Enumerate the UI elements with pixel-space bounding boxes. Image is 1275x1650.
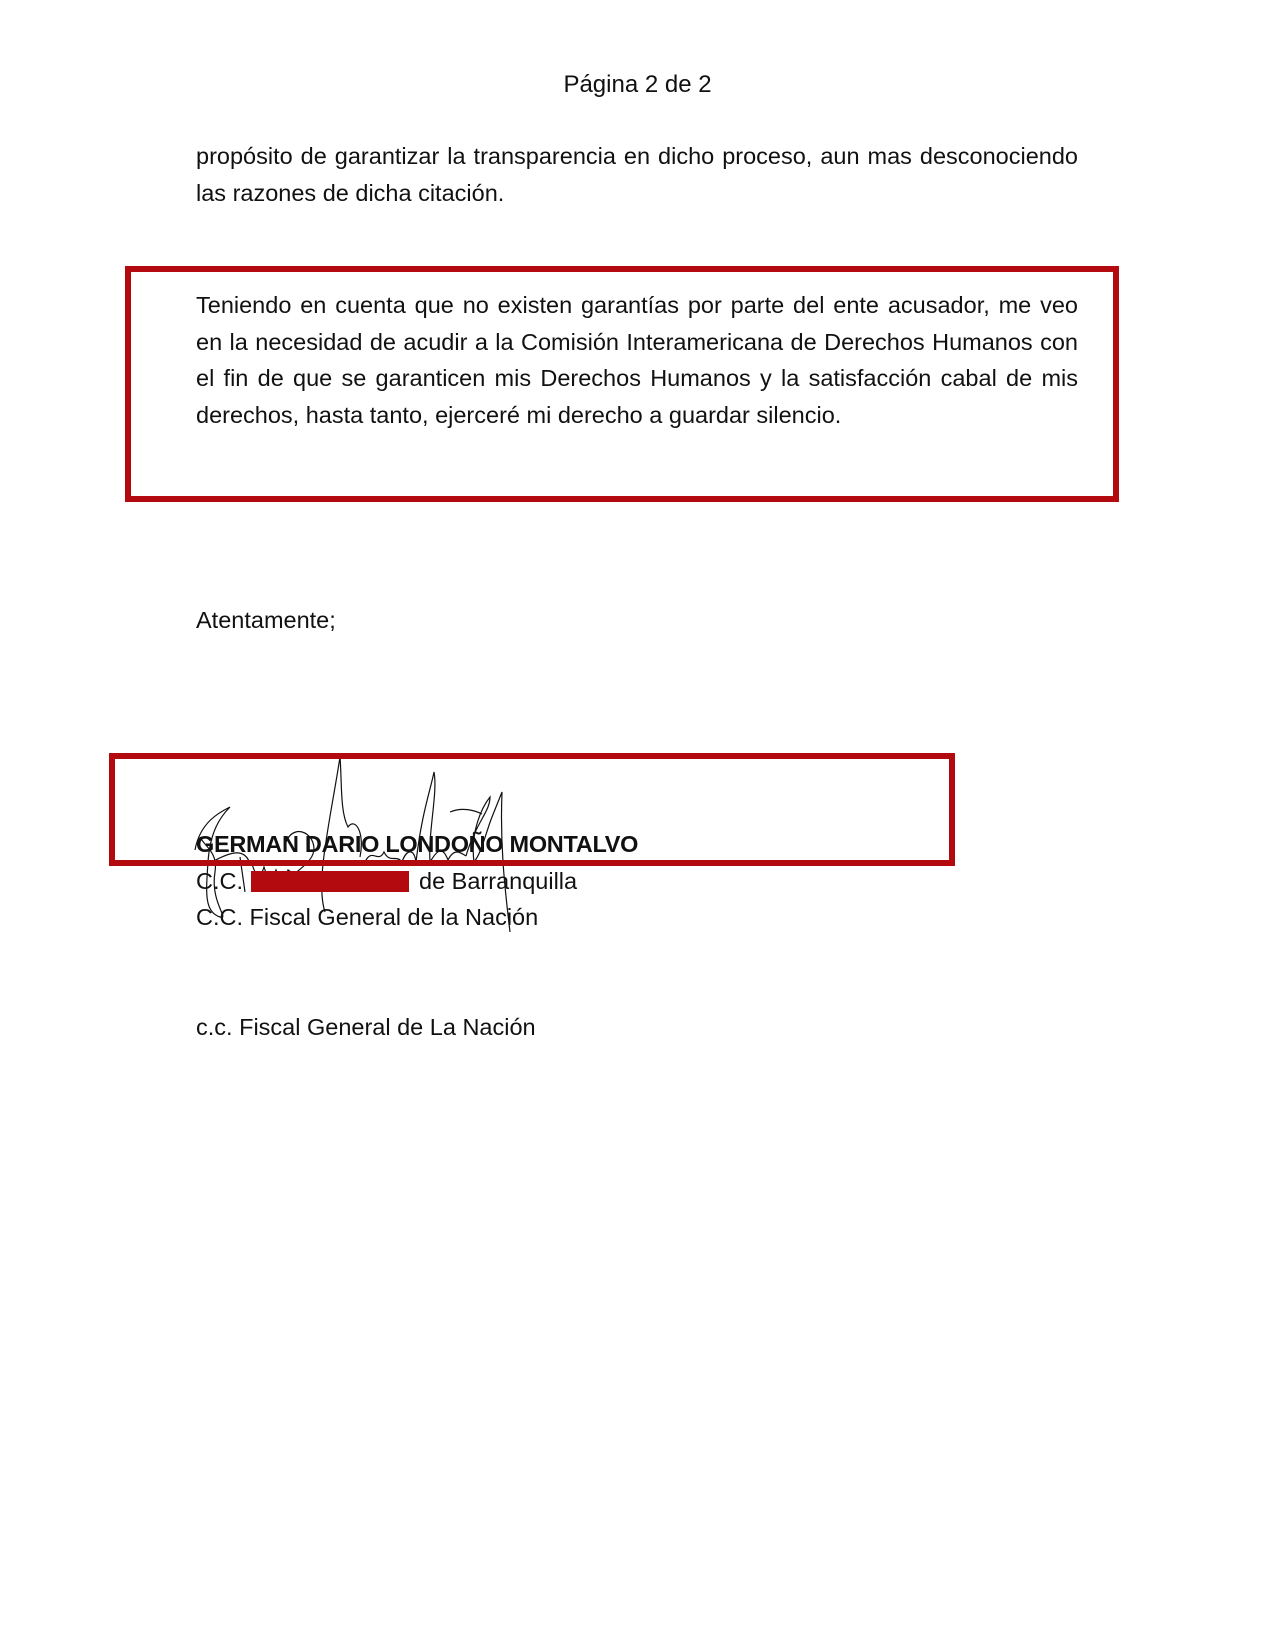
page-number-header: Página 2 de 2 bbox=[0, 70, 1275, 100]
cc-line-1: C.C. Fiscal General de la Nación bbox=[196, 902, 538, 932]
highlight-box-signature bbox=[109, 753, 955, 866]
id-suffix: de Barranquilla bbox=[419, 868, 577, 894]
paragraph-highlighted: Teniendo en cuenta que no existen garant… bbox=[196, 287, 1078, 433]
paragraph-continuation: propósito de garantizar la transparencia… bbox=[196, 138, 1078, 211]
closing-salutation: Atentamente; bbox=[196, 605, 336, 635]
cc-line-2: c.c. Fiscal General de La Nación bbox=[196, 1012, 536, 1042]
redaction-block bbox=[251, 871, 409, 892]
id-prefix: C.C. bbox=[196, 868, 243, 894]
id-line: C.C.de Barranquilla bbox=[196, 866, 577, 896]
